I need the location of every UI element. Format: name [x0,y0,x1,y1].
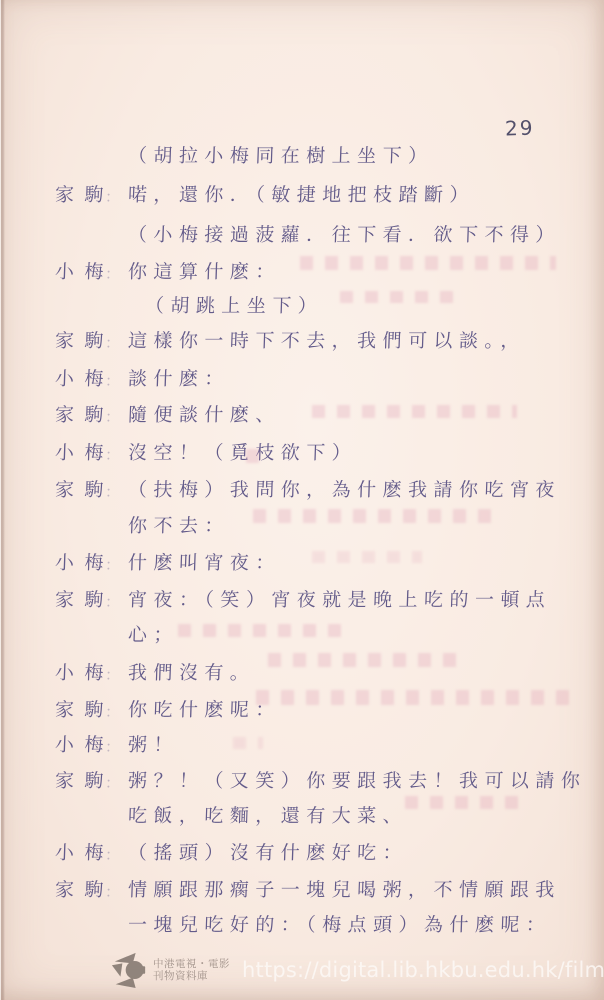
dialogue-text: （搖頭）沒有什麽好吃： [128,840,409,866]
dialogue-continuation: 吃飯，吃麵，還有大菜、 [128,803,409,829]
dialogue-text: 我們沒有。 [128,660,256,686]
archive-name-line1: 中港電視・電影 [153,958,230,971]
dialogue-text: 情願跟那瘸子一塊兒喝粥，不情願跟我 [128,877,562,903]
stage-direction: （小梅接過菠蘿．往下看．欲下不得） [128,222,562,248]
ink-bleed-mark [256,690,576,705]
ink-bleed-mark [268,653,464,667]
ink-bleed-mark [312,405,517,418]
script-line: （胡拉小梅同在樹上坐下） [0,143,604,170]
ink-bleed-mark [312,551,422,563]
dialogue-text: 這樣你一時下不去，我們可以談。， [128,328,527,354]
film-spotlight-logo-icon [110,951,148,989]
dialogue-text: 喏，還你．（敏捷地把枝踏斷） [128,182,476,208]
script-line: 小梅 ： 什麽叫宵夜： [0,550,604,577]
ink-bleed-mark [178,624,348,637]
speaker-separator: ： [105,879,121,905]
dialogue-text: （扶梅）我問你，為什麽我請你吃宵夜 [128,477,562,503]
script-line: 小梅 ： 粥！ [0,732,604,759]
archive-name-line2: 刊物資料庫 [153,970,230,983]
speaker-separator: ： [105,589,121,615]
speaker-separator: ： [105,662,121,688]
script-line: 一塊兒吃好的：（梅点頭）為什麽呢： [0,912,604,939]
dialogue-text: 粥？！（又笑）你要跟我去！我可以請你 [128,768,587,794]
speaker-separator: ： [105,552,121,578]
speaker-separator: ： [105,842,121,868]
speaker-separator: ： [105,368,121,394]
ink-bleed-mark [246,449,262,463]
speaker-separator: ： [105,261,121,287]
archive-name-label: 中港電視・電影 刊物資料庫 [153,958,230,983]
script-line: 家駒 ： 粥？！（又笑）你要跟我去！我可以請你 [0,768,604,795]
dialogue-text: 粥！ [128,732,180,758]
ink-bleed-mark [340,291,460,303]
dialogue-text: 宵夜：（笑）宵夜就是晚上吃的一頓点 [128,587,552,613]
dialogue-text: 什麽叫宵夜： [128,550,282,576]
script-line: 家駒 ： （扶梅）我問你，為什麽我請你吃宵夜 [0,477,604,504]
script-line: 家駒 ： 這樣你一時下不去，我們可以談。， [0,328,604,355]
dialogue-continuation: 心； [128,622,180,648]
speaker-separator: ： [105,330,121,356]
dialogue-text: 隨便談什麽、 [128,402,282,428]
speaker-separator: ： [105,184,121,210]
script-line: 家駒 ： 情願跟那瘸子一塊兒喝粥，不情願跟我 [0,877,604,904]
dialogue-text: 談什麽： [128,366,231,392]
script-line: （小梅接過菠蘿．往下看．欲下不得） [0,222,604,249]
speaker-separator: ： [105,404,121,430]
ink-bleed-mark [405,796,521,809]
archive-watermark: 中港電視・電影 刊物資料庫 https://digital.lib.hkbu.e… [110,948,604,992]
script-line: 家駒 ： 宵夜：（笑）宵夜就是晚上吃的一頓点 [0,587,604,614]
script-line: （胡跳上坐下） [0,293,604,320]
speaker-separator: ： [105,734,121,760]
script-line: 小梅 ： （搖頭）沒有什麽好吃： [0,840,604,867]
archive-url: https://digital.lib.hkbu.edu.hk/film-tv/ [242,958,604,982]
dialogue-continuation: 一塊兒吃好的：（梅点頭）為什麽呢： [128,912,552,938]
speaker-separator: ： [105,699,121,725]
page-number: 29 [505,115,535,140]
ink-bleed-mark [300,256,556,270]
ink-bleed-mark [233,737,263,749]
ink-bleed-mark [253,509,503,523]
script-line: 家駒 ： 喏，還你．（敏捷地把枝踏斷） [0,182,604,209]
dialogue-text: 沒空！（覓枝欲下） [128,440,358,466]
speaker-separator: ： [105,442,121,468]
speaker-separator: ： [105,770,121,796]
script-line: 小梅 ： 沒空！（覓枝欲下） [0,440,604,467]
speaker-separator: ： [105,479,121,505]
stage-direction: （胡拉小梅同在樹上坐下） [128,143,434,169]
dialogue-continuation: 你不去： [128,513,231,539]
stage-direction: （胡跳上坐下） [145,293,324,319]
dialogue-text: 你這算什麽： [128,259,282,285]
scanned-manuscript-page: 29 （胡拉小梅同在樹上坐下） 家駒 ： 喏，還你．（敏捷地把枝踏斷） （小梅接… [0,0,604,1000]
script-line: 小梅 ： 談什麽： [0,366,604,393]
